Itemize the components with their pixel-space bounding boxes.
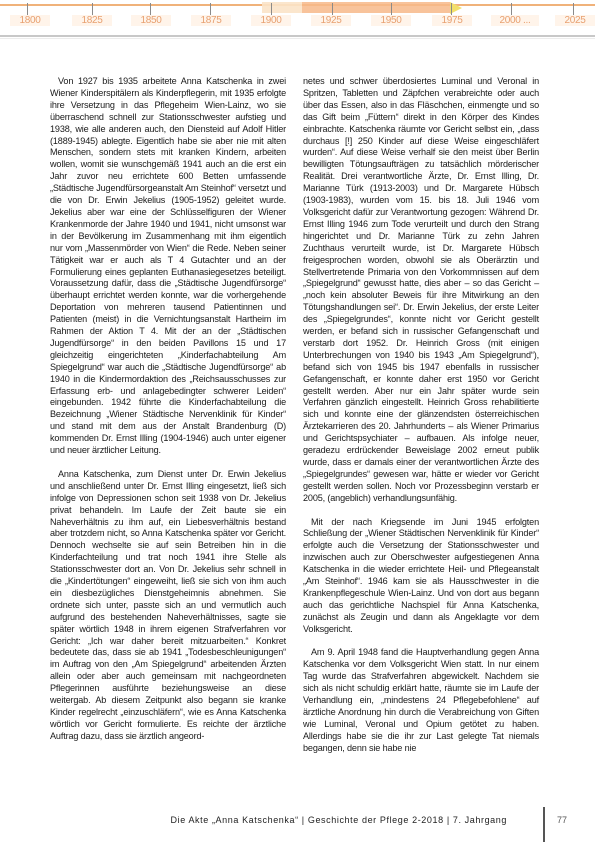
timeline-tick <box>511 3 512 15</box>
body-paragraph-continued: netes und schwer überdosiertes Luminal u… <box>303 76 539 505</box>
timeline-year: 1975 <box>432 15 472 26</box>
timeline-year: 1850 <box>131 15 171 26</box>
body-paragraph: Mit der nach Kriegsende im Juni 1945 erf… <box>303 517 539 636</box>
page-number: 77 <box>557 815 567 825</box>
running-title: Die Akte „Anna Katschenka“ | Geschichte … <box>171 815 507 825</box>
timeline-period-light <box>262 2 302 13</box>
timeline-year: 1875 <box>191 15 231 26</box>
right-column: netes und schwer überdosiertes Luminal u… <box>303 76 539 767</box>
timeline-tick <box>210 3 211 15</box>
timeline-tick <box>573 3 574 15</box>
timeline-tick <box>27 3 28 15</box>
page-footer: Die Akte „Anna Katschenka“ | Geschichte … <box>0 815 595 842</box>
timeline-period-highlight <box>302 2 450 13</box>
timeline-tick <box>271 3 272 15</box>
timeline-tick <box>92 3 93 15</box>
timeline-header: 1800 1825 1850 1875 1900 1925 1950 1975 … <box>0 0 595 34</box>
timeline-year: 1925 <box>311 15 351 26</box>
timeline-tick <box>451 3 452 15</box>
timeline-tick <box>150 3 151 15</box>
timeline-year: 1900 <box>251 15 291 26</box>
timeline-year: 1825 <box>72 15 112 26</box>
left-column: Von 1927 bis 1935 arbeitete Anna Katsche… <box>50 76 286 755</box>
timeline-tick <box>332 3 333 15</box>
header-divider <box>0 35 595 37</box>
body-paragraph: Am 9. April 1948 fand die Hauptverhandlu… <box>303 647 539 754</box>
footer-divider <box>543 807 545 842</box>
body-paragraph: Anna Katschenka, zum Dienst unter Dr. Er… <box>50 469 286 743</box>
timeline-year: 2025 <box>555 15 595 26</box>
timeline-tick <box>391 3 392 15</box>
timeline-year: 2000 ... <box>491 15 539 26</box>
timeline-year: 1950 <box>371 15 411 26</box>
timeline-year: 1800 <box>10 15 50 26</box>
body-paragraph: Von 1927 bis 1935 arbeitete Anna Katsche… <box>50 76 286 457</box>
header-divider-thin <box>0 38 595 39</box>
